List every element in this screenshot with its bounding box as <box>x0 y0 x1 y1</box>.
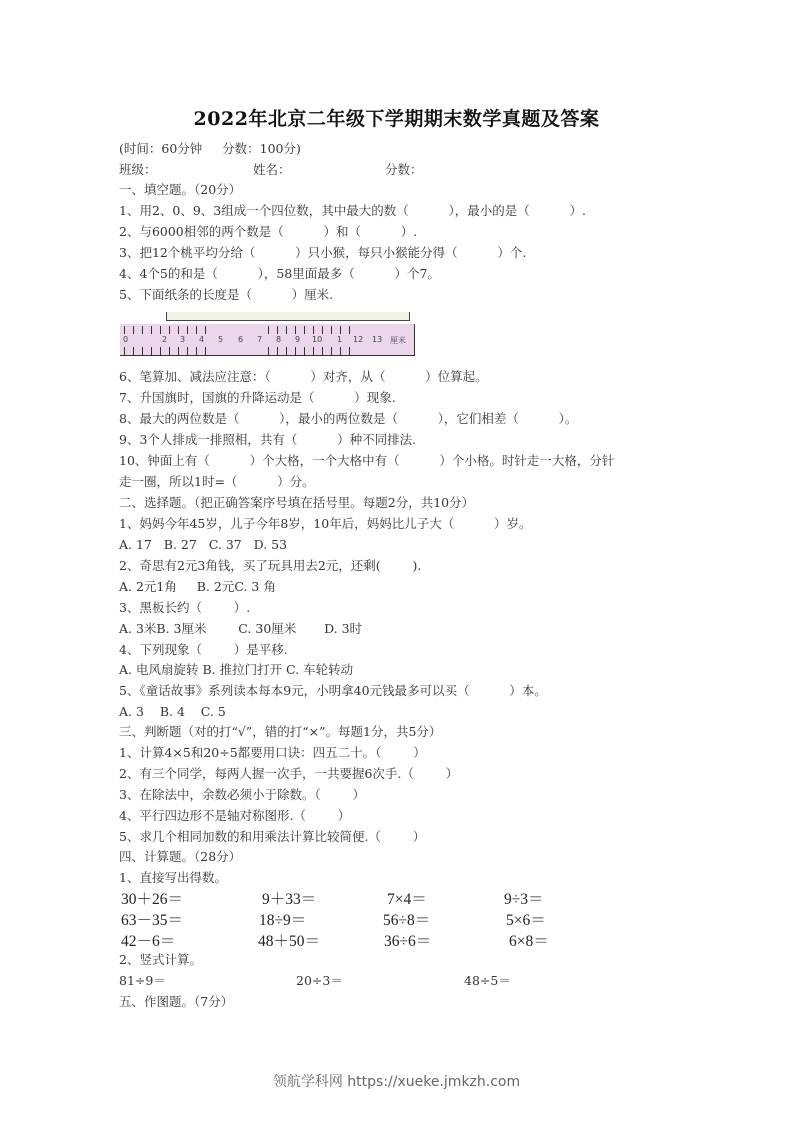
calc-item: 36÷6＝ <box>384 929 431 951</box>
fill-q9: 9、3个人排成一排照相，共有（ ）种不同排法. <box>119 432 416 448</box>
section-2-heading: 二、选择题。（把正确答案序号填在括号里。每题2分，共10分） <box>119 495 474 511</box>
calc-sub2-label: 2、竖式计算。 <box>119 952 202 968</box>
page-title: 2022年北京二年级下学期期末数学真题及答案 <box>0 104 793 131</box>
calc-item: 18÷9＝ <box>259 908 306 930</box>
vertical-calc-item: 48÷5＝ <box>464 973 511 989</box>
fill-q7: 7、升国旗时，国旗的升降运动是（ ）现象. <box>119 390 396 406</box>
fill-q2: 2、与6000相邻的两个数是（ ）和（ ）. <box>119 224 417 240</box>
ruler-label: 1 <box>337 335 342 344</box>
ruler-label: 6 <box>238 335 243 344</box>
choice-q4-options: A. 电风扇旋转 B. 推拉门打开 C. 车轮转动 <box>119 662 353 678</box>
footer-watermark: 领航学科网 https://xueke.jmkzh.com <box>0 1071 793 1091</box>
section-4-heading: 四、计算题。（28分） <box>119 849 241 865</box>
ruler-label: 5 <box>218 335 223 344</box>
score-label: 分数： <box>385 162 423 178</box>
calc-item: 7×4＝ <box>387 887 427 909</box>
choice-q5: 5、《童话故事》系列读本每本9元，小明拿40元钱最多可以买（ ）本。 <box>119 683 547 699</box>
calc-item: 9÷3＝ <box>504 887 544 909</box>
fill-q10-line2: 走一圈，所以1时=（ ）分。 <box>119 474 315 490</box>
choice-q4: 4、下列现象（ ）是平移. <box>119 642 288 658</box>
choice-q5-options: A. 3 B. 4 C. 5 <box>119 704 226 720</box>
choice-q1-options: A. 17 B. 27 C. 37 D. 53 <box>119 537 287 553</box>
judge-q5: 5、求几个相同加数的和用乘法计算比较简便.（ ） <box>119 829 425 845</box>
exam-time-score: (时间：60分钟 分数：100分) <box>119 141 301 157</box>
calc-item: 6×8＝ <box>509 929 549 951</box>
fill-q6: 6、笔算加、减法应注意：（ ）对齐，从（ ）位算起。 <box>119 369 488 385</box>
fill-q10-line1: 10、钟面上有（ ）个大格，一个大格中有（ ）个小格。时针走一大格，分针 <box>119 453 614 469</box>
fill-q4: 4、4个5的和是（ ），58里面最多（ ）个7。 <box>119 266 440 282</box>
name-label: 姓名： <box>253 162 291 178</box>
class-label: 班级： <box>119 162 157 178</box>
calc-item: 30＋26＝ <box>121 887 183 909</box>
fill-q5: 5、下面纸条的长度是（ ）厘米. <box>119 287 333 303</box>
ruler-label: 12 <box>353 335 363 344</box>
ruler-label: 0 <box>123 335 128 344</box>
choice-q2-options: A. 2元1角 B. 2元C. 3 角 <box>119 579 276 595</box>
calc-item: 63－35＝ <box>121 908 183 930</box>
section-1-heading: 一、填空题。（20分） <box>119 182 241 198</box>
judge-q1: 1、计算4×5和20÷5都要用口诀：四五二十。（ ） <box>119 745 426 761</box>
calc-item: 5×6＝ <box>506 908 546 930</box>
choice-q1: 1、妈妈今年45岁，儿子今年8岁，10年后，妈妈比儿子大（ ）岁。 <box>119 516 531 532</box>
judge-q2: 2、有三个同学，每两人握一次手，一共要握6次手.（ ） <box>119 766 458 782</box>
choice-q2: 2、奇思有2元3角钱，买了玩具用去2元，还剩( ). <box>119 558 421 574</box>
ruler-unit: 厘米 <box>390 335 406 346</box>
ruler-label: 7 <box>257 335 262 344</box>
choice-q3-options: A. 3米B. 3厘米 C. 30厘米 D. 3时 <box>119 621 362 637</box>
section-3-heading: 三、判断题（对的打“√”，错的打“×”。每题1分，共5分） <box>119 724 441 740</box>
judge-q4: 4、平行四边形不是轴对称图形.（ ） <box>119 808 350 824</box>
judge-q3: 3、在除法中，余数必须小于除数。（ ） <box>119 787 365 803</box>
section-5-heading: 五、作图题。（7分） <box>119 994 233 1010</box>
ruler-label: 10 <box>312 335 322 344</box>
vertical-calc-item: 81÷9＝ <box>119 973 166 989</box>
calc-item: 48＋50＝ <box>258 929 320 951</box>
fill-q8: 8、最大的两位数是（ ），最小的两位数是（ ），它们相差（ ）。 <box>119 411 577 427</box>
ruler-label: 3 <box>180 335 185 344</box>
fill-q3: 3、把12个桃平均分给（ ）只小猴，每只小猴能分得（ ）个. <box>119 245 526 261</box>
calc-item: 42－6＝ <box>121 929 175 951</box>
ruler: 0 2 3 4 5 6 7 8 9 10 1 12 13 厘米 <box>120 324 415 356</box>
ruler-label: 8 <box>276 335 281 344</box>
ruler-label: 4 <box>199 335 204 344</box>
calc-item: 9＋33＝ <box>262 887 316 909</box>
ruler-label: 9 <box>295 335 300 344</box>
vertical-calc-item: 20÷3＝ <box>296 973 343 989</box>
calc-item: 56÷8＝ <box>383 908 430 930</box>
ruler-label: 13 <box>372 335 382 344</box>
calc-sub1-label: 1、直接写出得数。 <box>119 870 227 886</box>
choice-q3: 3、黑板长约（ ）. <box>119 600 250 616</box>
fill-q1: 1、用2、0、9、3组成一个四位数，其中最大的数（ ），最小的是（ ）. <box>119 203 586 219</box>
ruler-label: 2 <box>162 335 167 344</box>
ruler-figure: 0 2 3 4 5 6 7 8 9 10 1 12 13 厘米 <box>120 312 416 358</box>
paper-strip <box>166 312 410 321</box>
